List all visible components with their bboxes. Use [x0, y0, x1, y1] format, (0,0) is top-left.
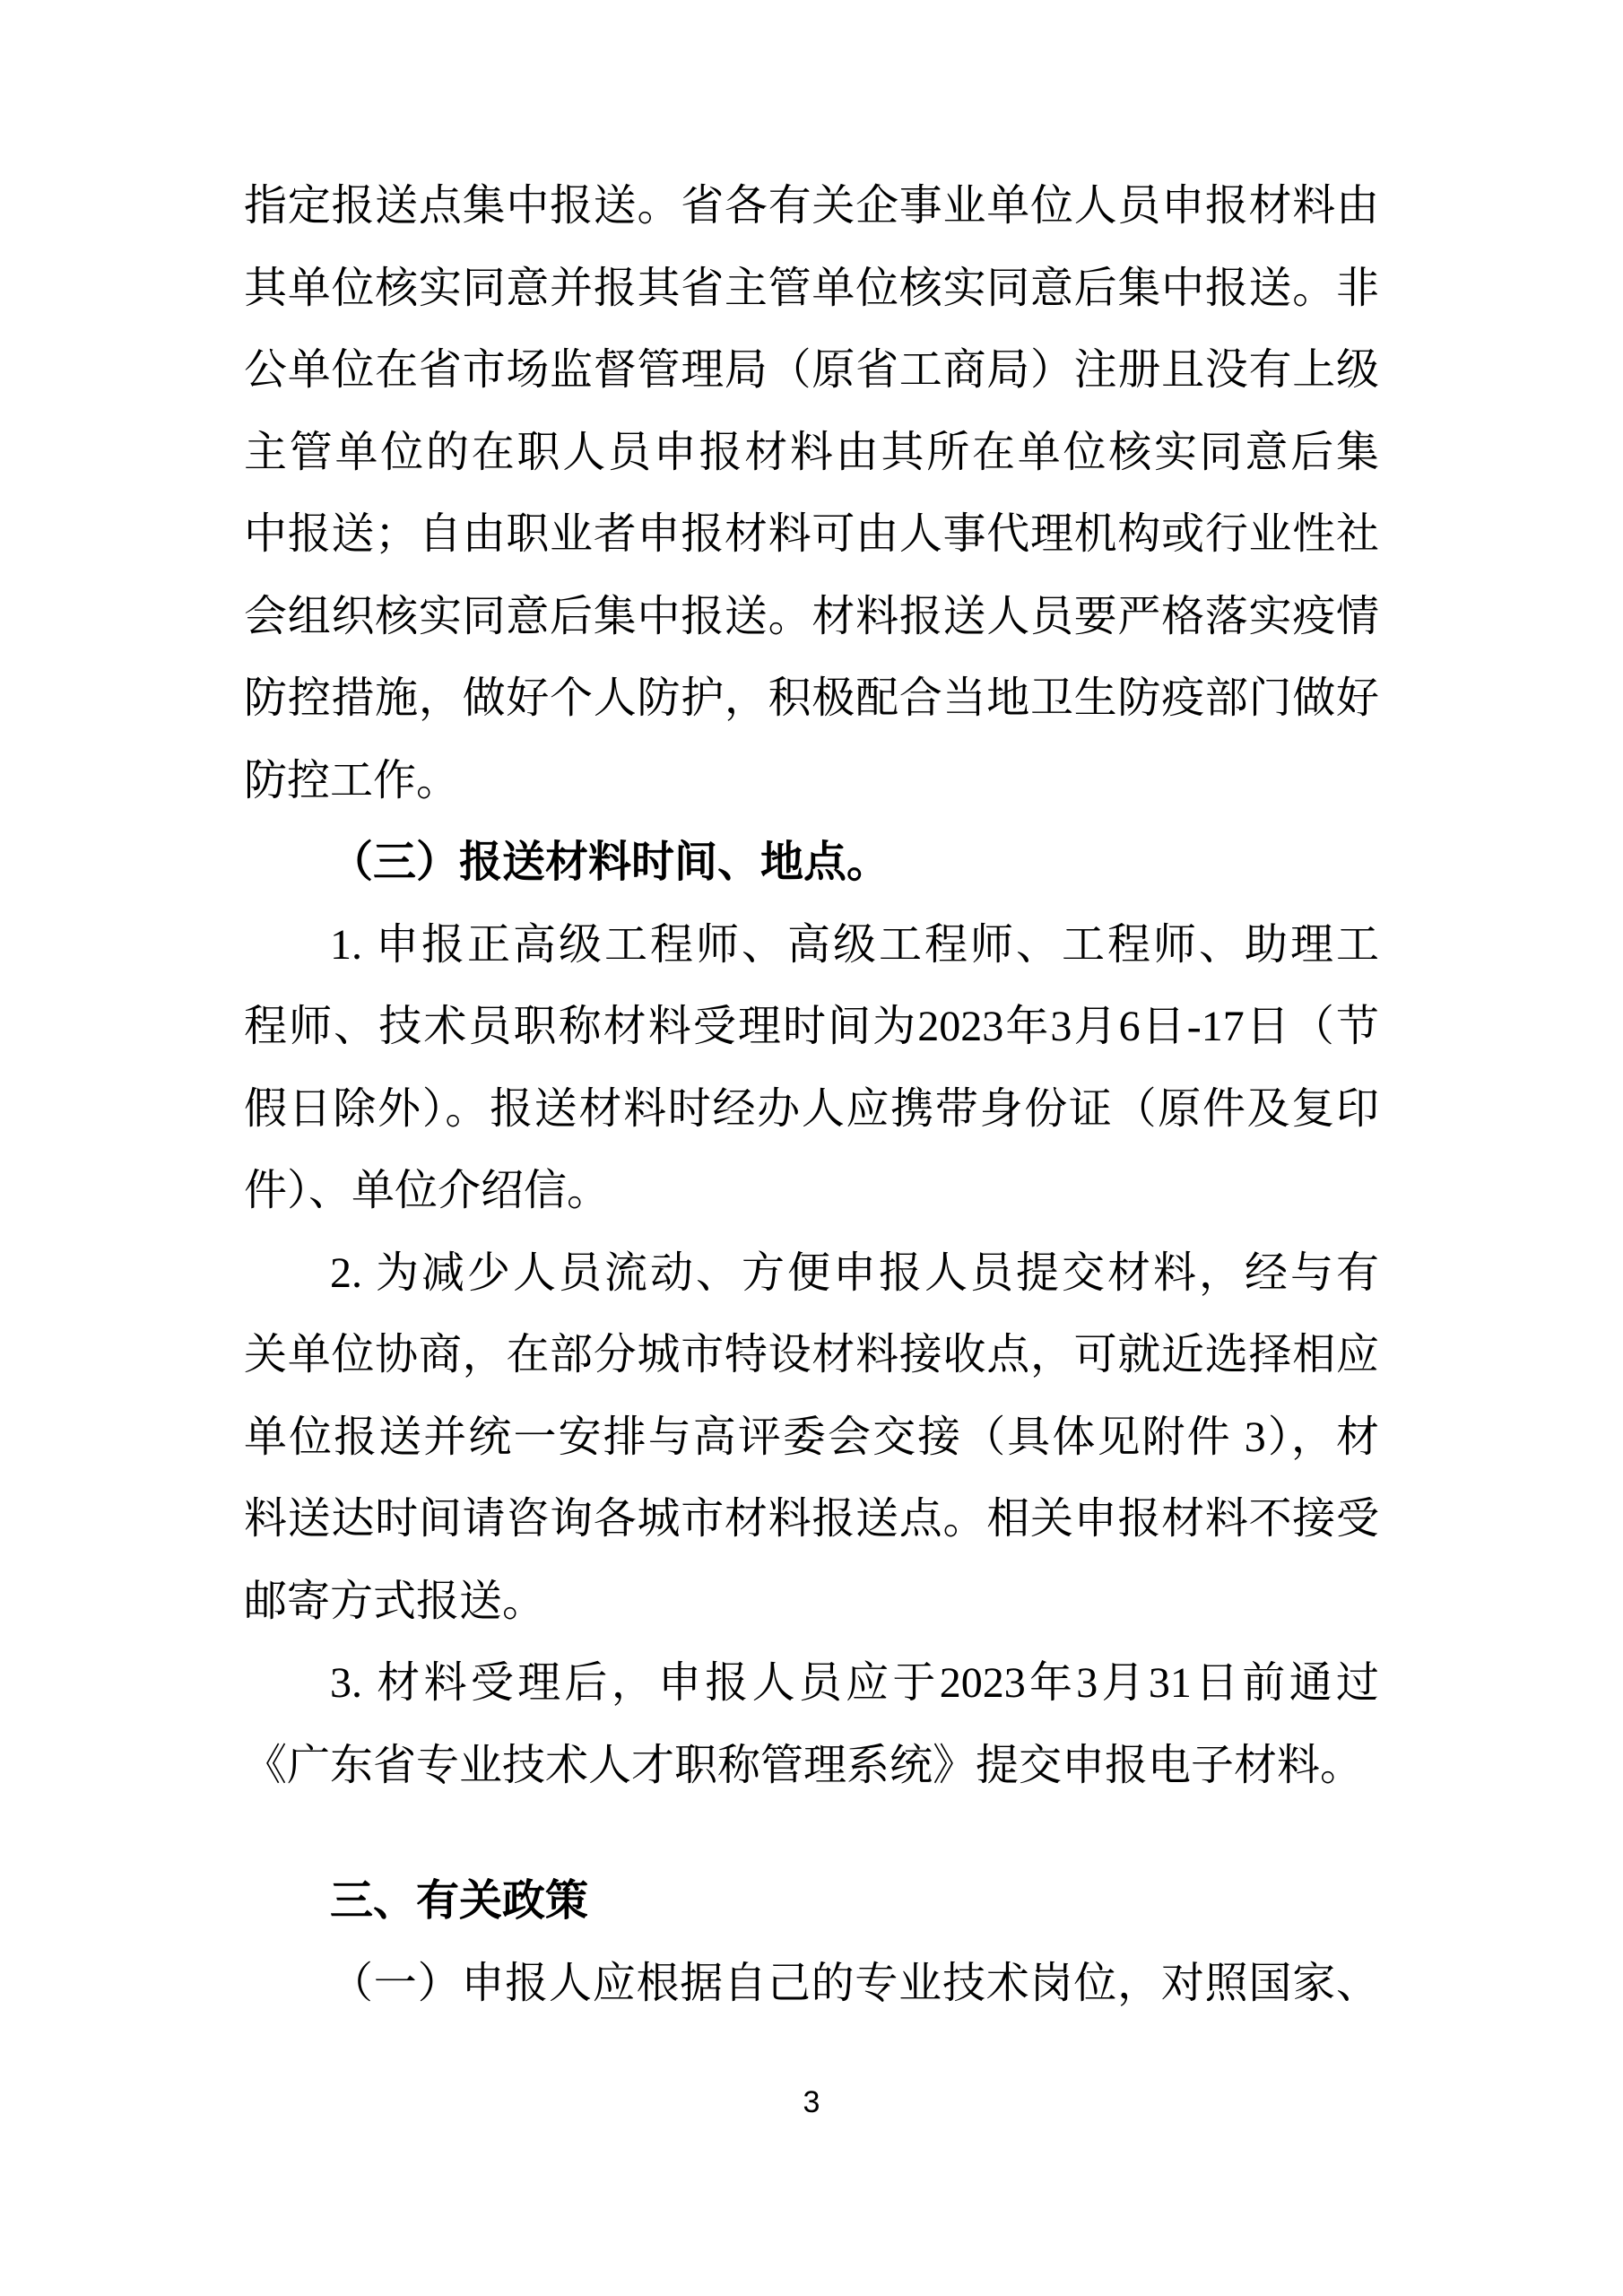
text-line: （一）申报人应根据自己的专业技术岗位，对照国家、: [244, 1943, 1379, 2025]
text-line: 1. 申报正高级工程师、高级工程师、工程师、助理工: [244, 904, 1379, 987]
document-page: 指定报送点集中报送。省各有关企事业单位人员申报材料由 其单位核实同意并报其省主管…: [0, 0, 1623, 2296]
text-line: 单位报送并统一安排与高评委会交接（具体见附件 3），材: [244, 1396, 1379, 1479]
text-line: 邮寄方式报送。: [244, 1561, 1379, 1643]
subsection-heading: （三）报送材料时间、地点。: [244, 822, 1379, 904]
text-line: 公单位在省市场监督管理局（原省工商局）注册且没有上级: [244, 329, 1379, 412]
text-line: 《广东省专业技术人才职称管理系统》提交申报电子材料。: [244, 1725, 1379, 1807]
text-line: 防控工作。: [244, 740, 1379, 822]
text-line: 程师、技术员职称材料受理时间为2023年3月6日-17日（节: [244, 986, 1379, 1068]
text-line: 件）、单位介绍信。: [244, 1150, 1379, 1232]
section-heading: 三、有关政策: [244, 1860, 1379, 1943]
text-line: 2. 为减少人员流动、方便申报人员提交材料，经与有: [244, 1232, 1379, 1315]
text-line: 主管单位的在职人员申报材料由其所在单位核实同意后集: [244, 412, 1379, 494]
text-line: 关单位协商，在部分城市特设材料接收点，可就近选择相应: [244, 1314, 1379, 1396]
page-number: 3: [0, 2086, 1623, 2118]
text-line: 指定报送点集中报送。省各有关企事业单位人员申报材料由: [244, 165, 1379, 248]
text-line: 会组织核实同意后集中报送。材料报送人员要严格落实疫情: [244, 576, 1379, 658]
text-line: 中报送；自由职业者申报材料可由人事代理机构或行业性社: [244, 493, 1379, 576]
text-line: 料送达时间请咨询各城市材料报送点。相关申报材料不接受: [244, 1478, 1379, 1561]
text-line: 防控措施，做好个人防护，积极配合当地卫生防疫部门做好: [244, 657, 1379, 740]
text-line: 假日除外）。报送材料时经办人应携带身份证（原件及复印: [244, 1068, 1379, 1151]
text-line: 其单位核实同意并报其省主管单位核实同意后集中报送。非: [244, 248, 1379, 330]
text-line: 3. 材料受理后，申报人员应于2023年3月31日前通过: [244, 1642, 1379, 1725]
document-text-block: 指定报送点集中报送。省各有关企事业单位人员申报材料由 其单位核实同意并报其省主管…: [244, 165, 1379, 2024]
